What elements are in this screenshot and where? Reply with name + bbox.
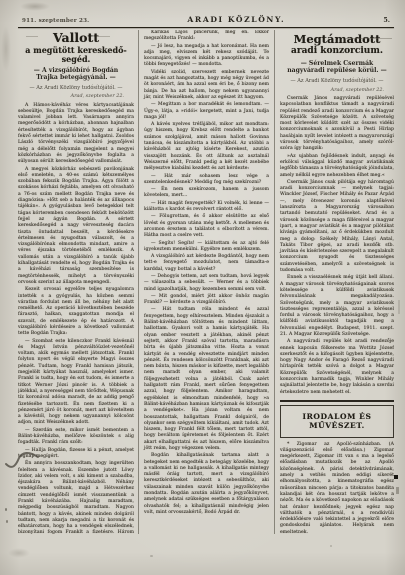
body-paragraph: A megyei közkórház sebészeti pavilonjána… bbox=[18, 167, 134, 287]
corner-smudge bbox=[20, 2, 50, 11]
column-right: Megtámadott aradi konzorcium. — Sérelmek… bbox=[275, 30, 394, 534]
body-paragraph: A nagyváradi repülés két aradi rendezője… bbox=[280, 339, 394, 396]
speckle bbox=[330, 545, 332, 547]
body-paragraph: Csermák János csak pilótája egy háromtag… bbox=[280, 180, 394, 274]
body-paragraph: A kávés nyelves tréfájából, mikor azt mo… bbox=[144, 122, 269, 172]
article-right-headline: Megtámadott bbox=[280, 33, 394, 45]
article-right-dateline: Arad, szeptember 22. bbox=[280, 87, 394, 93]
body-paragraph: — Jó lesz, ha megadja a hat koronámat. H… bbox=[144, 44, 269, 69]
body-paragraph: — Mit gondol, miért jött akkor önhöz mag… bbox=[144, 294, 269, 307]
arts-section-title: IRODALOM ÉS MŰVÉSZET. bbox=[283, 412, 391, 430]
pencil-checkmark bbox=[4, 449, 40, 473]
article-right-deck: — Sérelmek Csermák nagyváradi repülése k… bbox=[280, 60, 394, 74]
article-left-headline: Vallott bbox=[18, 31, 134, 44]
article-left-dateline: Arad, szeptember 22. bbox=[18, 93, 134, 99]
body-paragraph: — Megittam a bor maradékát és lemondtam.… bbox=[144, 102, 269, 121]
newspaper-page: 911. szeptember 23. ARADI KÖZLÖNY. 5. Va… bbox=[0, 0, 405, 575]
arts-section-box: IRODALOM ÉS MŰVÉSZET. bbox=[280, 405, 394, 438]
column-middle: Karikás Lajos pincérünk, meg én. Ekkor m… bbox=[138, 30, 275, 534]
article-right-subheadline: aradi konzorcium. bbox=[280, 47, 394, 57]
article-left-byline: — Az Aradi Közlöny tudósítójától. — bbox=[18, 85, 134, 91]
issue-date: 911. szeptember 23. bbox=[22, 18, 89, 24]
margin-smudge bbox=[396, 487, 399, 494]
speckle bbox=[150, 555, 153, 557]
page-header: 911. szeptember 23. ARADI KÖZLÖNY. 5. bbox=[22, 15, 390, 24]
body-paragraph: Csermák János nagyváradi repülésével kap… bbox=[280, 96, 394, 153]
article-left-deck: — A vizsgálóbíró Bogdán Trajka betegágyá… bbox=[18, 67, 134, 81]
body-paragraph: — Hát tudtam róla mindent és azzal fenye… bbox=[144, 307, 269, 452]
body-paragraph: Ennek a visszaélésnek még útját kell áll… bbox=[280, 275, 394, 338]
margin-dot bbox=[5, 508, 7, 511]
body-paragraph: A vizsgálóbíró azt kérdezte Bogdántól, h… bbox=[144, 254, 269, 273]
body-paragraph: * Zigomar az Apolló-színházban. (A világ… bbox=[280, 442, 394, 534]
body-paragraph: — Én nem szekírozom, hanem a jussom köve… bbox=[144, 187, 269, 200]
article-end-rule bbox=[280, 400, 394, 402]
body-paragraph: A Hámos-kávéház véres kártyacsatájának s… bbox=[18, 103, 134, 166]
edge-streak bbox=[398, 300, 400, 314]
article-left-headline-block: Vallott a megütött kereskedő-segéd. — A … bbox=[18, 31, 134, 99]
article-right-headline-block: Megtámadott aradi konzorcium. — Sérelmek… bbox=[280, 33, 394, 93]
article-right-byline: — Az Aradi Közlöny tudósítójától. — bbox=[280, 78, 394, 84]
body-paragraph: — Dehogyis tettem, azt sem tudtam, hová … bbox=[144, 274, 269, 293]
body-paragraph: — Szerdán este, mikor ismét bementem a B… bbox=[18, 428, 134, 447]
body-paragraph: Bogdán kihallgatásának tartama alatt a b… bbox=[144, 453, 269, 516]
column-layout: Vallott a megütött kereskedő-segéd. — A … bbox=[18, 30, 394, 534]
header-rule bbox=[18, 27, 394, 29]
body-paragraph: Kezeit orvosai egyelőre teljes nyugalomr… bbox=[18, 287, 134, 337]
article-left-subheadline: a megütött kereskedő-segéd. bbox=[18, 46, 134, 63]
scan-artifact-line bbox=[346, 38, 392, 39]
body-paragraph: — Hát már sohasem lesz vége a szemtelenk… bbox=[144, 174, 269, 187]
scan-artifact-dash bbox=[98, 36, 110, 37]
body-paragraph: — Hát magát fenyegették? Ki volnék, ki l… bbox=[144, 201, 269, 214]
body-paragraph: Karikás Lajos pincérünk, meg én. Ekkor m… bbox=[144, 30, 269, 43]
edge-smudge bbox=[1, 26, 11, 72]
page-number: 5. bbox=[383, 16, 390, 24]
body-paragraph: — Szombat este kilenczkor Frankl kávésná… bbox=[18, 339, 134, 427]
body-paragraph: — Segíts! Segíts! — kiáltottam és az ajt… bbox=[144, 241, 269, 254]
body-paragraph: — Fölugrottam, és ő akkor elsütötte az e… bbox=[144, 214, 269, 239]
margin-dot bbox=[6, 520, 8, 523]
corner-smudge bbox=[8, 548, 30, 558]
scan-artifact-dash bbox=[26, 36, 38, 37]
masthead-title: ARADI KÖZLÖNY. bbox=[187, 15, 285, 24]
body-paragraph: »Az ujabban fejlődésnek indult, anyagi é… bbox=[280, 154, 394, 179]
ink-spot bbox=[394, 475, 398, 479]
body-paragraph: Vidéki szolid, szervezett embernek nevez… bbox=[144, 70, 269, 101]
